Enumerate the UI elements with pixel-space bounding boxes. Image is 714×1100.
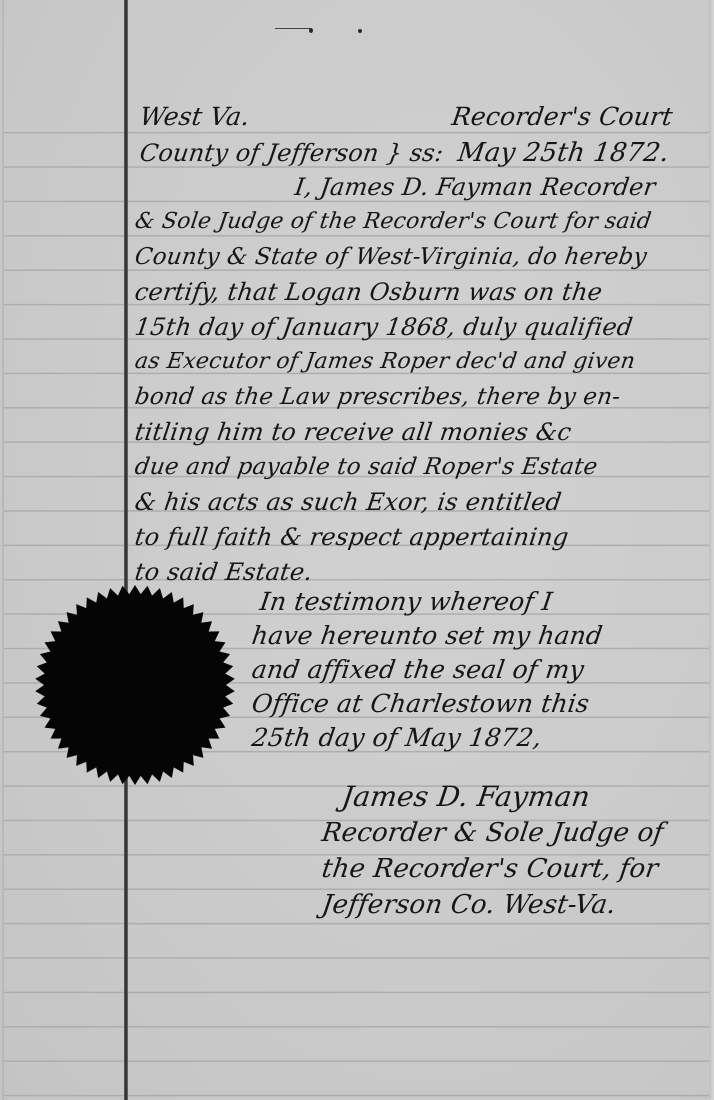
signature-title: Recorder & Sole Judge of xyxy=(320,816,666,850)
testimony-line: 25th day of May 1872, xyxy=(250,721,544,755)
body-line: & Sole Judge of the Recorder's Court for… xyxy=(133,205,654,239)
body-line: 15th day of January 1868, duly qualified xyxy=(133,310,635,344)
document-page: West Va. County of Jefferson } ss: Recor… xyxy=(0,0,714,1100)
header-state: West Va. xyxy=(138,100,252,134)
header-county: County of Jefferson } ss: xyxy=(138,136,446,170)
body-line: certify, that Logan Osburn was on the xyxy=(133,275,605,309)
margin-rule xyxy=(124,0,128,1100)
wafer-seal xyxy=(33,583,237,787)
ink-mark xyxy=(309,28,313,33)
body-line: due and payable to said Roper's Estate xyxy=(133,450,600,484)
signature-title: the Recorder's Court, for xyxy=(320,852,661,886)
body-line: to full faith & respect appertaining xyxy=(133,520,571,554)
signature-location: Jefferson Co. West-Va. xyxy=(320,888,619,922)
seal-icon xyxy=(33,583,237,787)
testimony-line: and affixed the seal of my xyxy=(250,653,587,687)
ink-mark xyxy=(275,28,311,29)
ink-mark xyxy=(358,29,362,33)
header-court: Recorder's Court xyxy=(450,100,675,134)
page-right-edge xyxy=(709,0,714,1100)
body-line: bond as the Law prescribes, there by en- xyxy=(133,380,623,414)
testimony-line: have hereunto set my hand xyxy=(250,619,605,653)
testimony-line: Office at Charlestown this xyxy=(250,687,592,721)
body-line: County & State of West-Virginia, do here… xyxy=(133,240,649,274)
body-line: & his acts as such Exor, is entitled xyxy=(133,485,564,519)
testimony-line: In testimony whereof I xyxy=(258,585,555,619)
body-line: titling him to receive all monies &c xyxy=(133,415,574,449)
body-line: as Executor of James Roper dec'd and giv… xyxy=(133,345,638,379)
signature-name: James D. Fayman xyxy=(340,780,593,814)
body-line: I, James D. Fayman Recorder xyxy=(293,170,658,204)
header-date: May 25th 1872. xyxy=(456,136,672,170)
